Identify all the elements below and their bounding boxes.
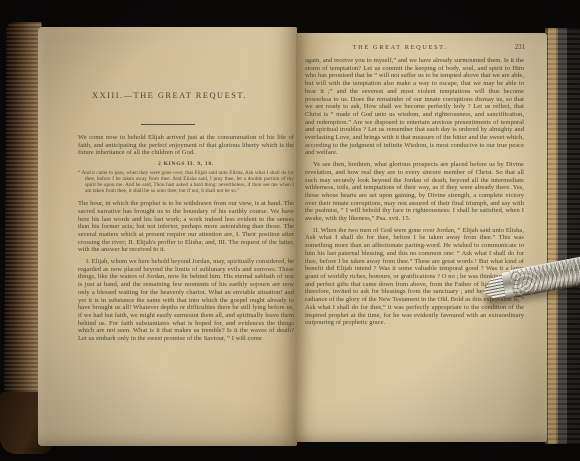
running-header: THE GREAT REQUEST. 231	[305, 44, 525, 54]
running-header-title: THE GREAT REQUEST.	[305, 44, 495, 51]
fore-edge-page-block	[545, 28, 580, 444]
scripture-reference: 2 KINGS II. 9, 10.	[78, 161, 294, 167]
left-page: XXIII.—THE GREAT REQUEST. We come now to…	[38, 27, 297, 446]
book-photograph: XXIII.—THE GREAT REQUEST. We come now to…	[0, 0, 580, 461]
body-paragraph: I. Elijah, whom we here behold beyond Jo…	[78, 258, 294, 343]
intro-paragraph: We come now to behold Elijah arrived jus…	[78, 134, 294, 157]
chapter-heading: XXIII.—THE GREAT REQUEST.	[58, 91, 281, 100]
left-page-text-block: We come now to behold Elijah arrived jus…	[78, 134, 294, 343]
scripture-quote: “ And it came to pass, when they were go…	[78, 170, 294, 194]
page-number: 231	[515, 44, 525, 51]
body-paragraph: again, and receive you to myself,” and w…	[305, 57, 524, 157]
left-page-block-edge	[4, 22, 42, 450]
right-page: THE GREAT REQUEST. 231 again, and receiv…	[296, 33, 547, 442]
heading-divider-rule	[141, 124, 195, 125]
body-paragraph: Ye see then, brethren, what glorious pro…	[305, 161, 524, 223]
body-paragraph: The hour, in which the prophet is to be …	[78, 200, 294, 254]
